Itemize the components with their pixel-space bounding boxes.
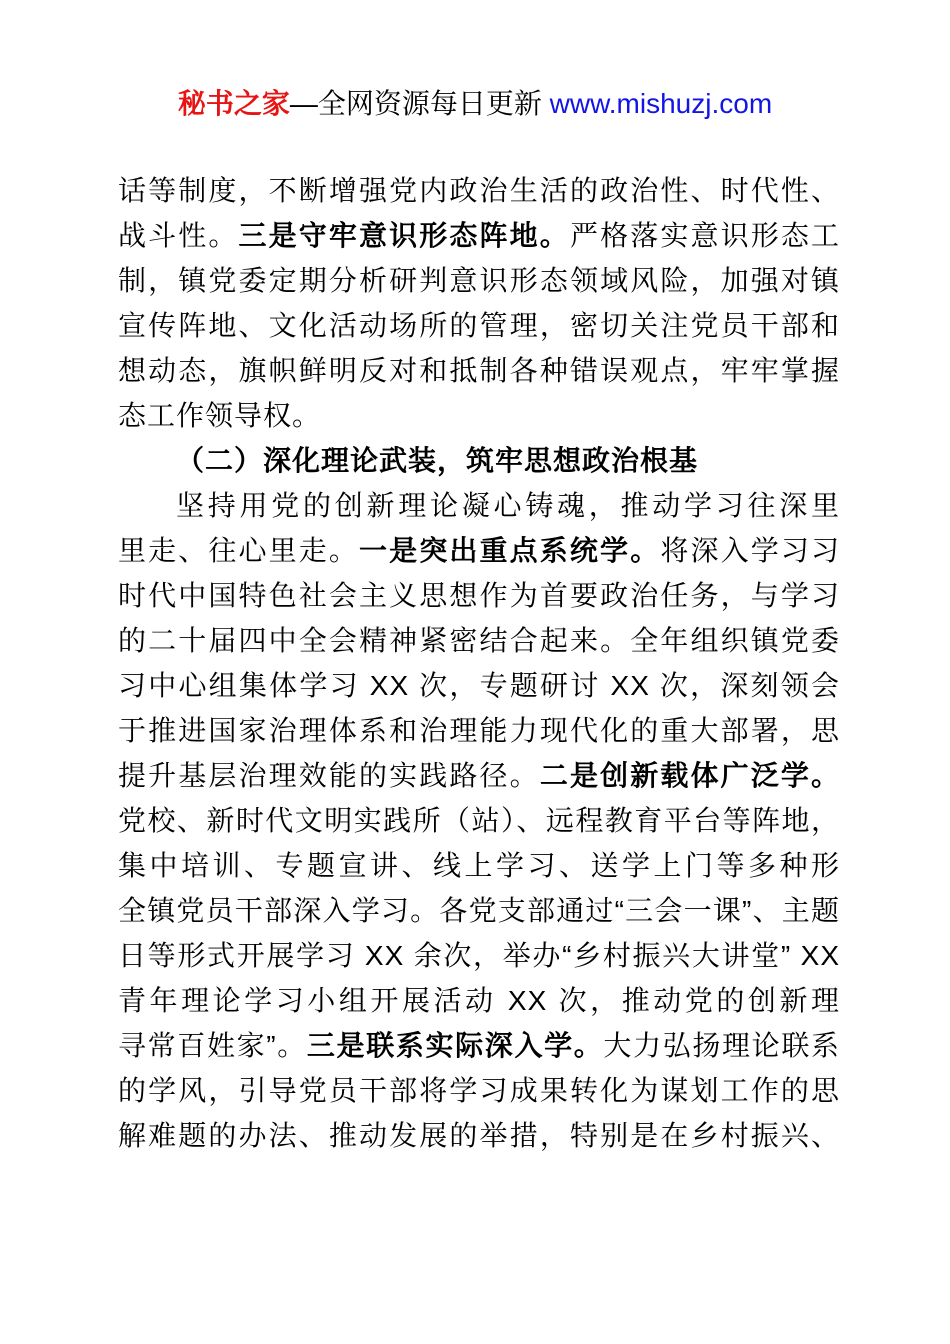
emphasis-text: （二）深化理论武装，筑牢思想政治根基 — [176, 445, 698, 476]
text-line: 解难题的办法、推动发展的举措，特别是在乡村振兴、基层治 — [118, 1113, 840, 1158]
body-text: 坚持用党的创新理论凝心铸魂，推动学习往深里走、往实 — [118, 490, 840, 528]
text-line: 宣传阵地、文化活动场所的管理，密切关注党员干部和群众思 — [118, 303, 840, 348]
text-line: 里走、往心里走。一是突出重点系统学。将深入学习习近平新 — [118, 528, 840, 573]
body-text: 于推进国家治理体系和治理能力现代化的重大部署，思考谋划 — [118, 715, 840, 753]
emphasis-text: 一是突出重点系统学。 — [359, 535, 660, 566]
body-text: 提升基层治理效能的实践路径。 — [118, 760, 540, 791]
body-text: 里走、往心里走。 — [118, 535, 359, 566]
text-line: 青年理论学习小组开展活动 XX 次，推动党的创新理论“飞入 — [118, 978, 840, 1023]
body-text: 日等形式开展学习 XX 余次，举办“乡村振兴大讲堂” XX 期， — [118, 940, 840, 978]
text-line: 制，镇党委定期分析研判意识形态领域风险，加强对镇属各类 — [118, 258, 840, 303]
emphasis-text: 三是守牢意识形态阵地。 — [239, 220, 570, 251]
body-text: 态工作领导权。 — [118, 400, 321, 431]
body-text: 寻常百姓家”。 — [118, 1030, 307, 1061]
body-text: 集中培训、专题宣讲、线上学习、送学上门等多种形式，组织 — [118, 850, 840, 888]
text-line: 想动态，旗帜鲜明反对和抵制各种错误观点，牢牢掌握意识形 — [118, 348, 840, 393]
site-header: 秘书之家—全网资源每日更新 www.mishuzj.com — [0, 84, 950, 124]
text-line: 集中培训、专题宣讲、线上学习、送学上门等多种形式，组织 — [118, 843, 840, 888]
text-line: 时代中国特色社会主义思想作为首要政治任务，与学习贯彻党 — [118, 573, 840, 618]
text-line: 党校、新时代文明实践所（站）、远程教育平台等阵地，采取 — [118, 798, 840, 843]
text-line: 战斗性。三是守牢意识形态阵地。严格落实意识形态工作责任 — [118, 213, 840, 258]
body-text: 宣传阵地、文化活动场所的管理，密切关注党员干部和群众思 — [118, 310, 840, 348]
text-line: 态工作领导权。 — [118, 393, 840, 438]
body-text: 习中心组集体学习 XX 次，专题研讨 XX 次，深刻领会党中央关 — [118, 670, 840, 708]
document-body: 话等制度，不断增强党内政治生活的政治性、时代性、原则性、战斗性。三是守牢意识形态… — [118, 168, 840, 1158]
body-text: 制，镇党委定期分析研判意识形态领域风险，加强对镇属各类 — [118, 265, 840, 303]
text-line: 于推进国家治理体系和治理能力现代化的重大部署，思考谋划 — [118, 708, 840, 753]
body-text: 的学风，引导党员干部将学习成果转化为谋划工作的思路、破 — [118, 1075, 840, 1113]
emphasis-text: 二是创新载体广泛学。 — [540, 760, 840, 791]
site-name-text: 秘书之家 — [178, 88, 290, 119]
text-line: 全镇党员干部深入学习。各党支部通过“三会一课”、主题党 — [118, 888, 840, 933]
text-line: 的学风，引导党员干部将学习成果转化为谋划工作的思路、破 — [118, 1068, 840, 1113]
emphasis-text: 三是联系实际深入学。 — [307, 1030, 604, 1061]
document-page: 秘书之家—全网资源每日更新 www.mishuzj.com 话等制度，不断增强党… — [0, 0, 950, 1344]
text-line: 坚持用党的创新理论凝心铸魂，推动学习往深里走、往实 — [118, 483, 840, 528]
body-text: 战斗性。 — [118, 220, 239, 251]
text-line: 的二十届四中全会精神紧密结合起来。全年组织镇党委理论学 — [118, 618, 840, 663]
text-line: 习中心组集体学习 XX 次，专题研讨 XX 次，深刻领会党中央关 — [118, 663, 840, 708]
body-text: 青年理论学习小组开展活动 XX 次，推动党的创新理论“飞入 — [118, 985, 840, 1023]
body-text: 想动态，旗帜鲜明反对和抵制各种错误观点，牢牢掌握意识形 — [118, 355, 840, 393]
body-text: 解难题的办法、推动发展的举措，特别是在乡村振兴、基层治 — [118, 1120, 840, 1158]
body-text: 的二十届四中全会精神紧密结合起来。全年组织镇党委理论学 — [118, 625, 840, 663]
text-line: 提升基层治理效能的实践路径。二是创新载体广泛学。依托镇 — [118, 753, 840, 798]
site-tagline-text: —全网资源每日更新 — [290, 88, 550, 119]
site-url-link[interactable]: www.mishuzj.com — [550, 88, 772, 119]
text-line: 寻常百姓家”。三是联系实际深入学。大力弘扬理论联系实际 — [118, 1023, 840, 1068]
body-text: 时代中国特色社会主义思想作为首要政治任务，与学习贯彻党 — [118, 580, 840, 618]
text-line: 话等制度，不断增强党内政治生活的政治性、时代性、原则性、 — [118, 168, 840, 213]
section-heading: （二）深化理论武装，筑牢思想政治根基 — [118, 438, 840, 483]
text-line: 日等形式开展学习 XX 余次，举办“乡村振兴大讲堂” XX 期， — [118, 933, 840, 978]
body-text: 话等制度，不断增强党内政治生活的政治性、时代性、原则性、 — [118, 175, 840, 213]
body-text: 党校、新时代文明实践所（站）、远程教育平台等阵地，采取 — [118, 805, 840, 843]
body-text: 全镇党员干部深入学习。各党支部通过“三会一课”、主题党 — [118, 895, 840, 933]
